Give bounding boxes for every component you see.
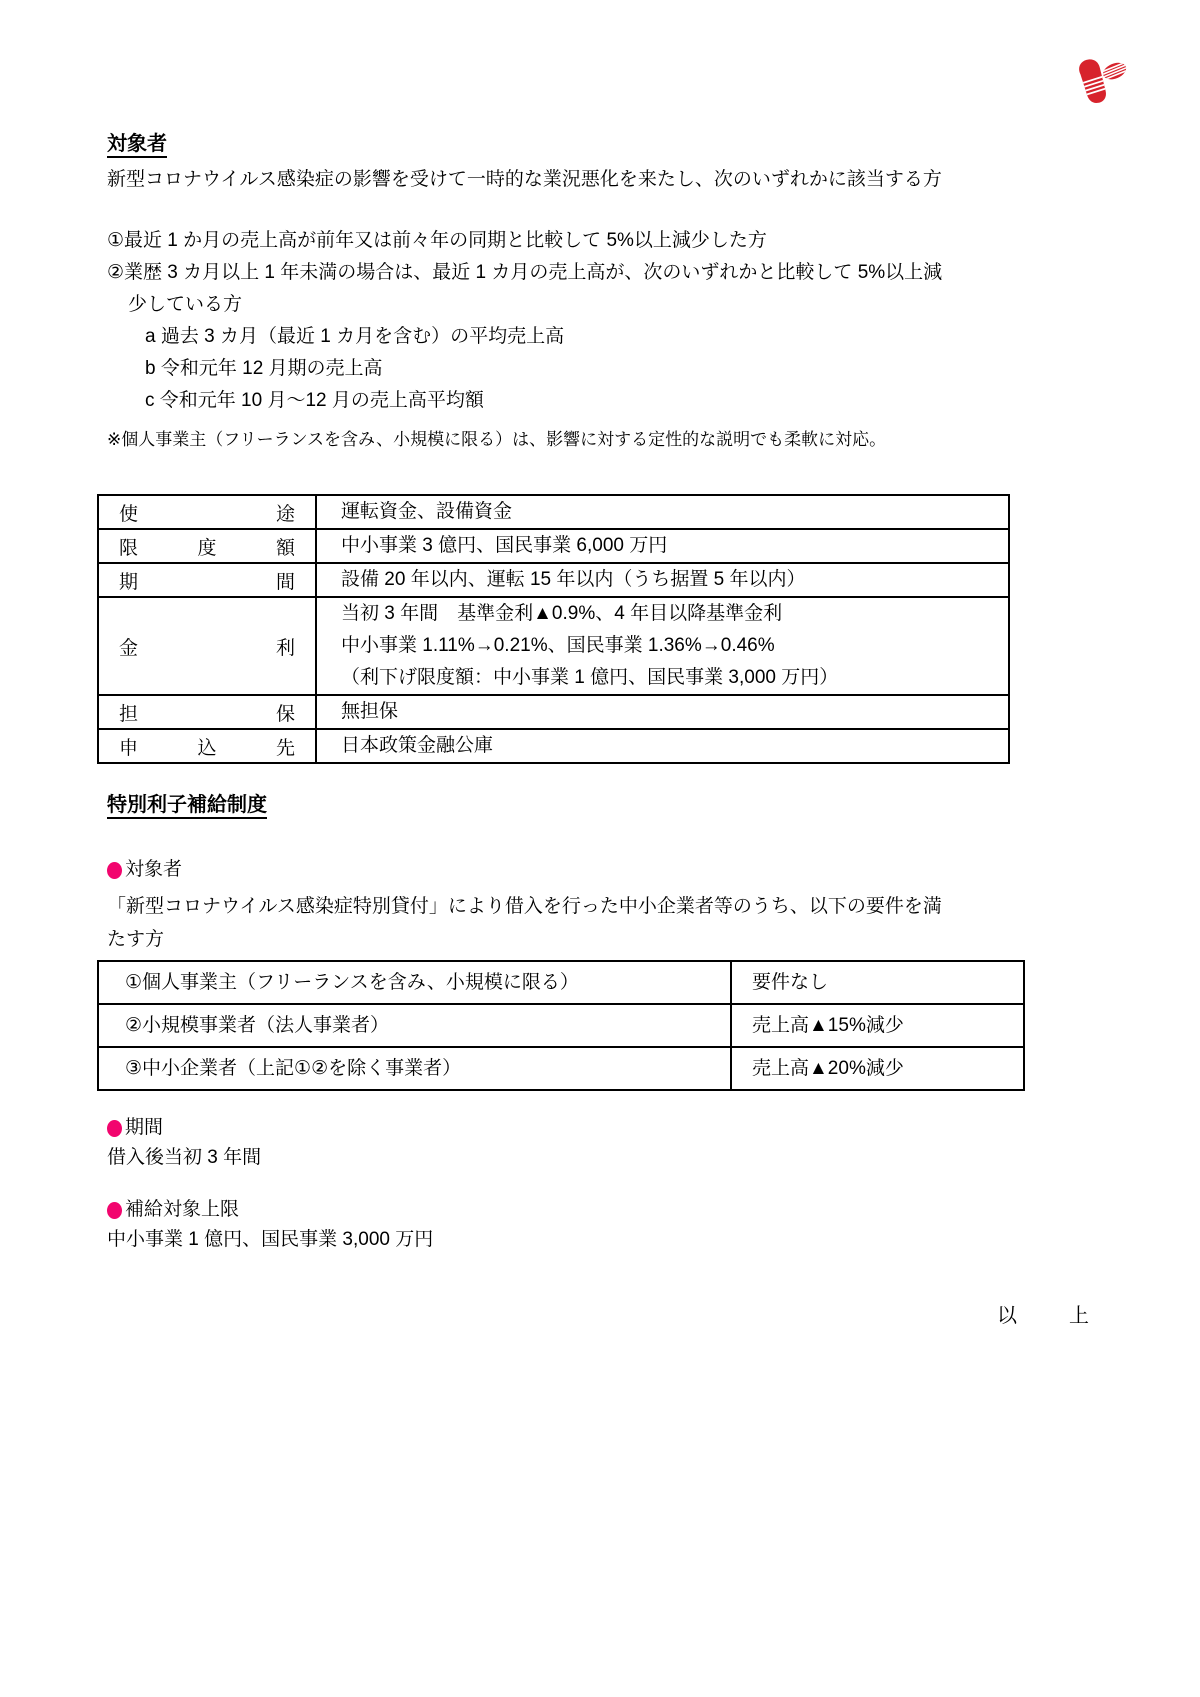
condition-sub-c: c 令和元年 10 月～12 月の売上高平均額: [107, 385, 1010, 417]
target-paragraph-line-1: 「新型コロナウイルス感染症特別貸付」により借入を行った中小企業者等のうち、以下の…: [107, 890, 1010, 923]
subsidy-requirement-3: 売上高▲20%減少: [731, 1047, 1024, 1090]
row-value-collateral: 無担保: [341, 696, 1008, 728]
target-subheading-label: 対象者: [125, 856, 182, 884]
subsidy-row-3: ③中小企業者（上記①②を除く事業者） 売上高▲20%減少: [98, 1047, 1024, 1090]
row-value-period: 設備 20 年以内、運転 15 年以内（うち据置 5 年以内）: [341, 564, 1008, 596]
subsidy-requirement-1: 要件なし: [731, 961, 1024, 1004]
condition-item-2-cont: 少している方: [107, 289, 1010, 321]
table-row-period: 期間 設備 20 年以内、運転 15 年以内（うち据置 5 年以内）: [98, 563, 1009, 597]
subsidy-category-1: ①個人事業主（フリーランスを含み、小規模に限る）: [98, 961, 731, 1004]
footnote: ※個人事業主（フリーランスを含み、小規模に限る）は、影響に対する定性的な説明でも…: [107, 427, 1010, 453]
loan-terms-table: 使途 運転資金、設備資金 限度額 中小事業 3 億円、国民事業 6,000 万円…: [97, 494, 1010, 764]
subsidy-category-3: ③中小企業者（上記①②を除く事業者）: [98, 1047, 731, 1090]
row-label-collateral: 担保: [119, 699, 295, 726]
table-row-collateral: 担保 無担保: [98, 695, 1009, 729]
target-subheading: 対象者: [107, 856, 1010, 884]
target-paragraph: 「新型コロナウイルス感染症特別貸付」により借入を行った中小企業者等のうち、以下の…: [107, 890, 1010, 956]
pink-bullet-icon: [107, 1202, 122, 1219]
interest-line-1: 当初 3 年間 基準金利▲0.9%、4 年目以降基準金利: [341, 598, 1008, 630]
table-row-limit: 限度額 中小事業 3 億円、国民事業 6,000 万円: [98, 529, 1009, 563]
condition-item-2: ②業歴 3 カ月以上 1 年未満の場合は、最近 1 カ月の売上高が、次のいずれか…: [107, 257, 1010, 289]
subsidy-category-2: ②小規模事業者（法人事業者）: [98, 1004, 731, 1047]
condition-sub-a: a 過去 3 カ月（最近 1 カ月を含む）の平均売上高: [107, 321, 1010, 353]
table-row-use: 使途 運転資金、設備資金: [98, 495, 1009, 529]
pink-bullet-icon: [107, 1120, 122, 1137]
row-value-limit: 中小事業 3 億円、国民事業 6,000 万円: [341, 530, 1008, 562]
row-value-apply: 日本政策金融公庫: [341, 730, 1008, 762]
section2-heading-text: 特別利子補給制度: [107, 794, 267, 819]
period-subheading-label: 期間: [125, 1114, 163, 1142]
interest-line-3: （利下げ限度額：中小事業 1 億円、国民事業 3,000 万円）: [341, 662, 1008, 694]
pink-bullet-icon: [107, 862, 122, 879]
limit-value: 中小事業 1 億円、国民事業 3,000 万円: [107, 1224, 1010, 1256]
row-label-interest: 金利: [119, 633, 295, 660]
document-content: 対象者 新型コロナウイルス感染症の影響を受けて一時的な業況悪化を来たし、次のいず…: [107, 0, 1010, 1256]
target-paragraph-line-2: たす方: [107, 923, 1010, 956]
section1-heading-text: 対象者: [107, 133, 167, 158]
row-label-limit: 限度額: [119, 533, 295, 560]
company-logo-icon: [1072, 58, 1128, 106]
subsidy-row-1: ①個人事業主（フリーランスを含み、小規模に限る） 要件なし: [98, 961, 1024, 1004]
condition-list: ①最近 1 か月の売上高が前年又は前々年の同期と比較して 5%以上減少した方 ②…: [107, 225, 1010, 417]
condition-item-1: ①最近 1 か月の売上高が前年又は前々年の同期と比較して 5%以上減少した方: [107, 225, 1010, 257]
period-value: 借入後当初 3 年間: [107, 1142, 1010, 1174]
table-row-interest: 金利 当初 3 年間 基準金利▲0.9%、4 年目以降基準金利 中小事業 1.1…: [98, 597, 1009, 695]
document-page: 対象者 新型コロナウイルス感染症の影響を受けて一時的な業況悪化を来たし、次のいず…: [0, 0, 1200, 1697]
condition-sub-b: b 令和元年 12 月期の売上高: [107, 353, 1010, 385]
section2-heading: 特別利子補給制度: [107, 792, 1010, 818]
subsidy-requirement-2: 売上高▲15%減少: [731, 1004, 1024, 1047]
limit-subheading: 補給対象上限: [107, 1196, 1010, 1224]
period-subheading: 期間: [107, 1114, 1010, 1142]
interest-line-2: 中小事業 1.11%→0.21%、国民事業 1.36%→0.46%: [341, 630, 1008, 662]
row-value-use: 運転資金、設備資金: [341, 496, 1008, 528]
section1-intro: 新型コロナウイルス感染症の影響を受けて一時的な業況悪化を来たし、次のいずれかに該…: [107, 164, 1010, 196]
closing-mark: 以上: [997, 1303, 1089, 1329]
subsidy-requirements-table: ①個人事業主（フリーランスを含み、小規模に限る） 要件なし ②小規模事業者（法人…: [97, 960, 1025, 1091]
row-label-period: 期間: [119, 567, 295, 594]
limit-subheading-label: 補給対象上限: [125, 1196, 239, 1224]
table-row-apply: 申込先 日本政策金融公庫: [98, 729, 1009, 763]
row-label-use: 使途: [119, 499, 295, 526]
section1-heading: 対象者: [107, 131, 1010, 157]
row-label-apply: 申込先: [119, 733, 295, 760]
subsidy-row-2: ②小規模事業者（法人事業者） 売上高▲15%減少: [98, 1004, 1024, 1047]
